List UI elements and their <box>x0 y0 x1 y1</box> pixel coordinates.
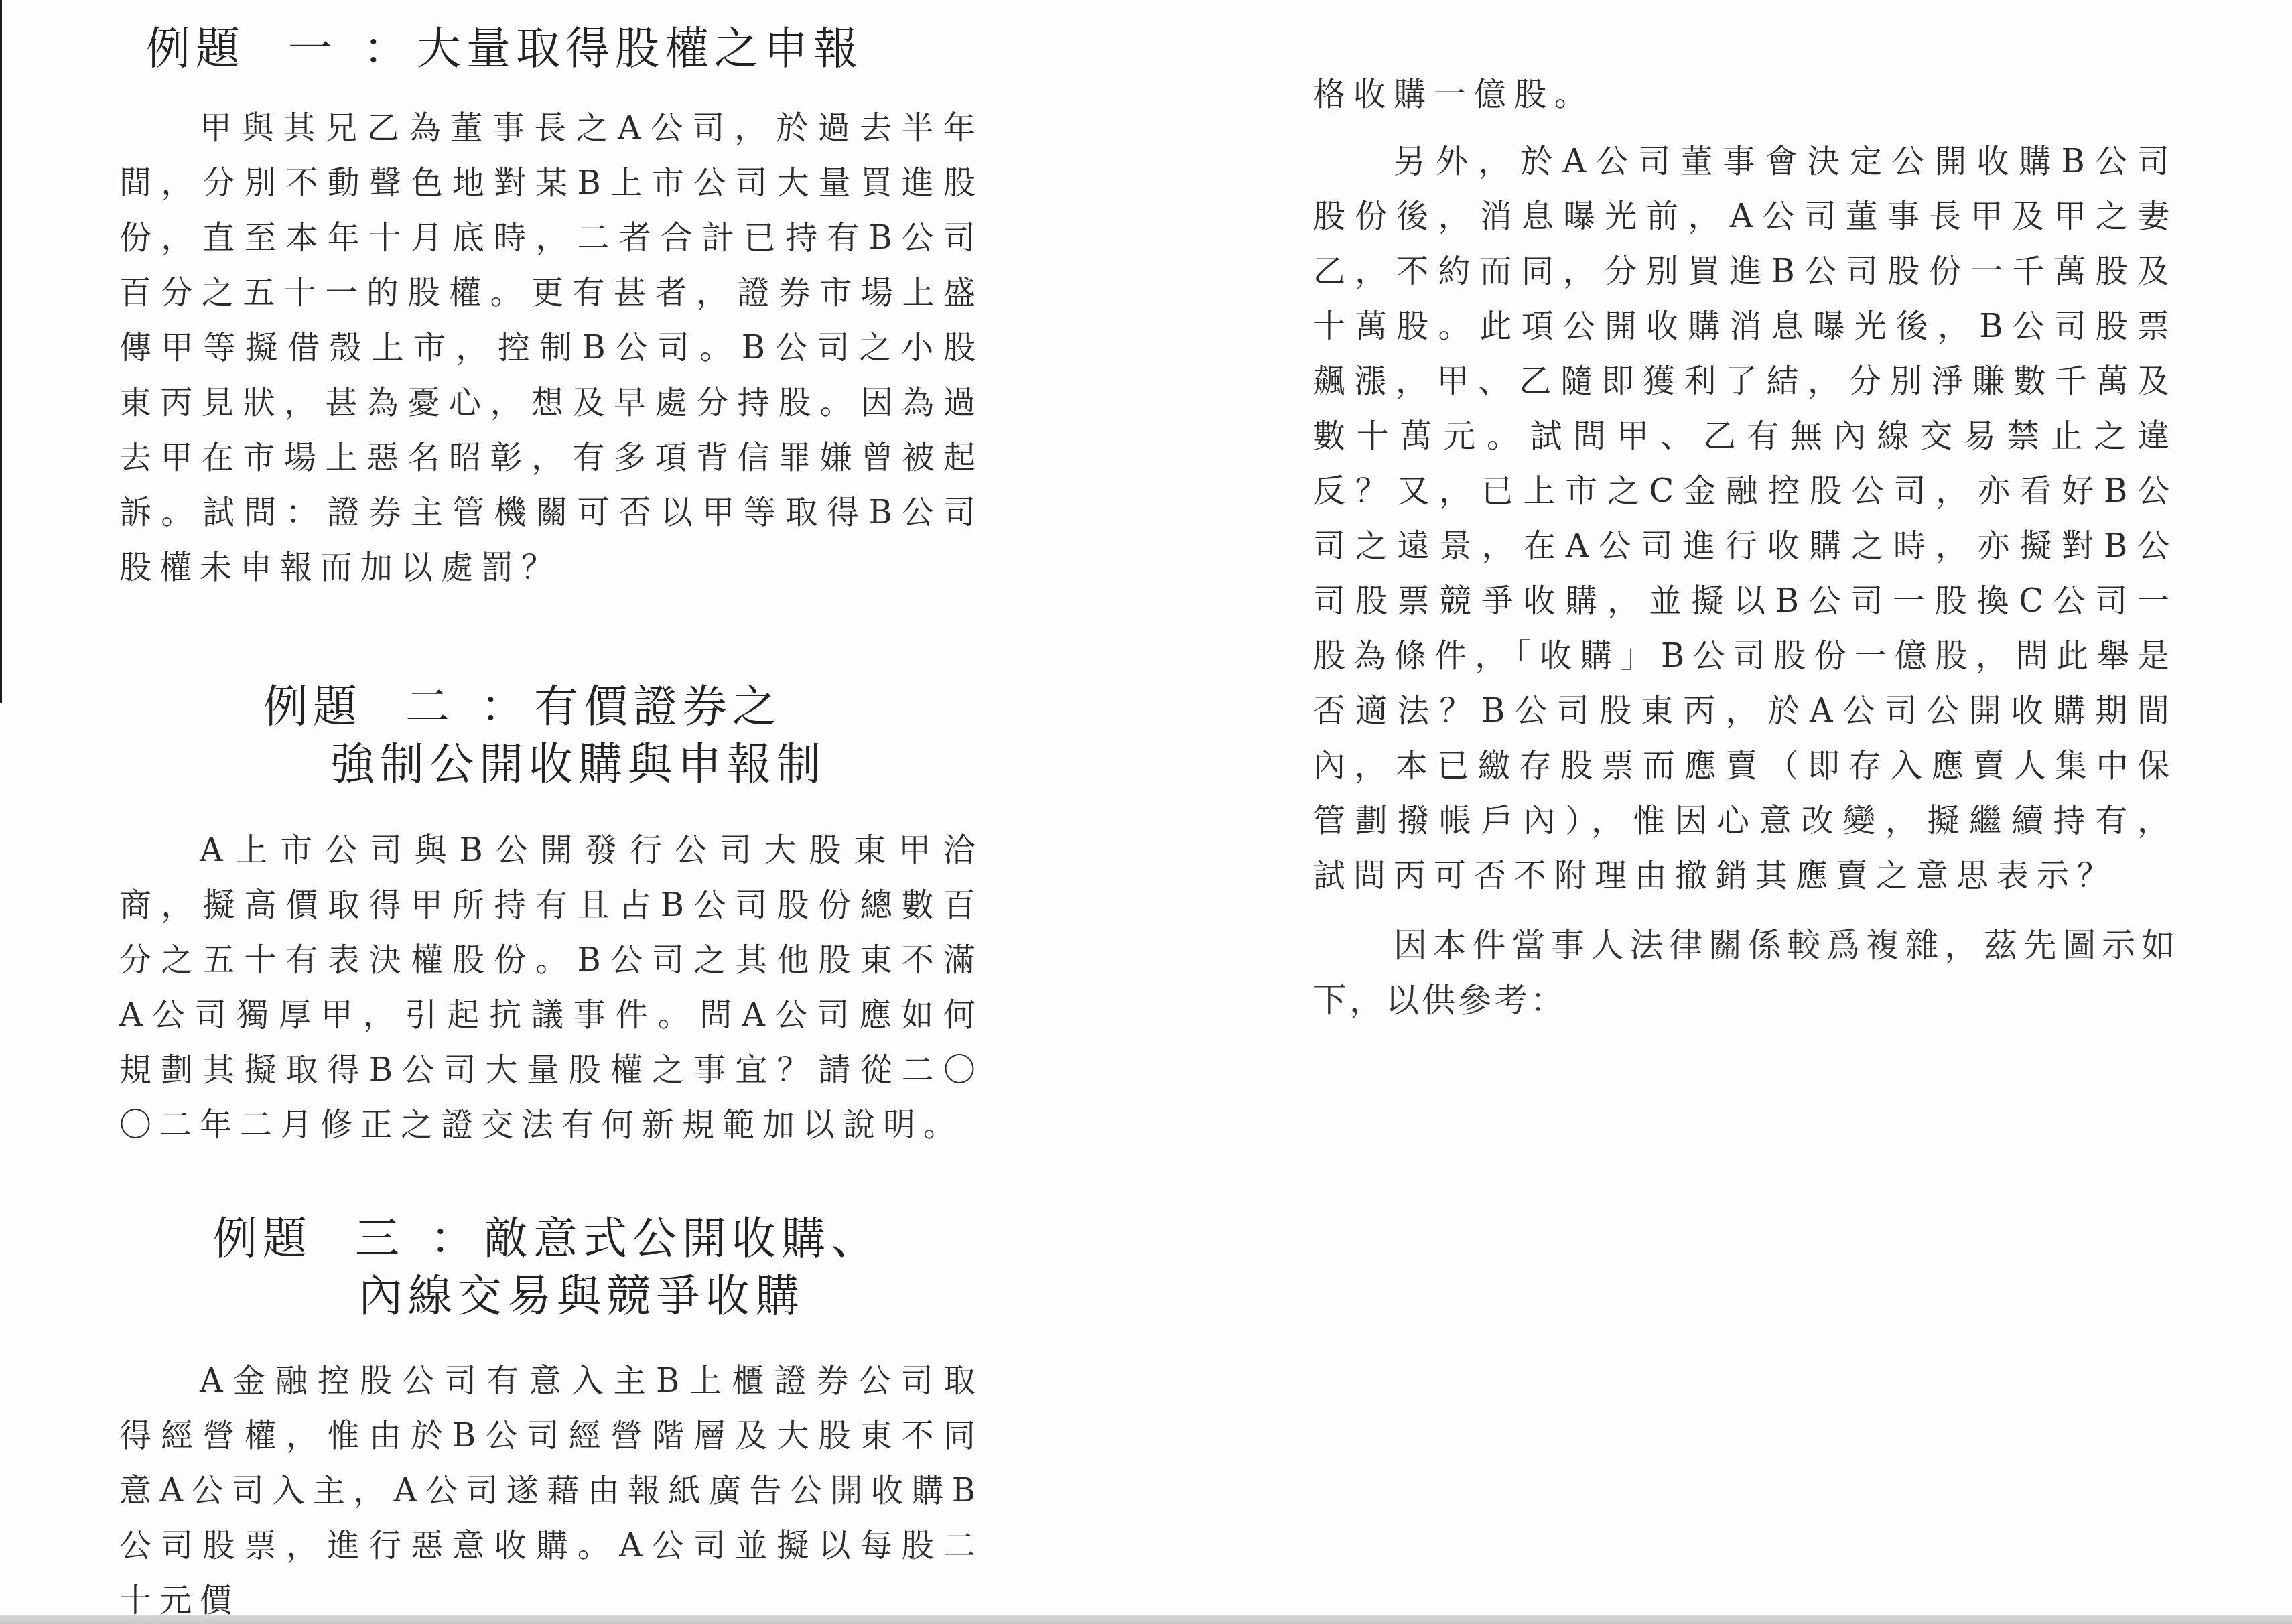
example-2-heading: 例題二：有價證券之 強制公開收購與申報制 <box>263 678 933 793</box>
example-3-body: A金融控股公司有意入主B上櫃證券公司取得經營權，惟由於B公司經營階層及大股東不同… <box>119 1353 984 1624</box>
example-label: 例題 <box>263 678 362 736</box>
example-number: 一 <box>288 20 338 78</box>
heading-colon: ： <box>430 1210 480 1268</box>
scan-edge-artifact <box>0 0 2 703</box>
example-1-heading: 例題一：大量取得股權之申報 <box>146 20 863 78</box>
example-title-line2: 內線交易與競爭收購 <box>146 1268 1017 1325</box>
example-number: 三 <box>355 1210 405 1268</box>
example-2-body: A上市公司與B公開發行公司大股東甲洽商，擬高價取得甲所持有且占B公司股份總數百分… <box>119 823 984 1152</box>
example-title-line2: 強制公開收購與申報制 <box>223 736 933 793</box>
heading-colon: ： <box>480 678 530 736</box>
example-3-continuation: 格收購一億股。 <box>1313 67 1595 122</box>
example-3-heading: 例題三：敵意式公開收購、 內線交易與競爭收購 <box>213 1210 1017 1325</box>
example-title-line1: 有價證券之 <box>534 681 782 732</box>
heading-colon: ： <box>363 20 413 78</box>
example-label: 例題 <box>213 1210 312 1268</box>
diagram-intro-paragraph: 因本件當事人法律關係較爲複雜，茲先圖示如下，以供參考： <box>1313 918 2177 1028</box>
example-1-body: 甲與其兄乙為董事長之A公司，於過去半年間，分別不動聲色地對某B上市公司大量買進股… <box>119 100 984 595</box>
example-label: 例題 <box>146 20 245 78</box>
example-3-paragraph-2: 另外，於A公司董事會決定公開收購B公司股份後，消息曝光前，A公司董事長甲及甲之妻… <box>1313 134 2177 903</box>
example-number: 二 <box>405 678 455 736</box>
example-title: 大量取得股權之申報 <box>417 23 863 74</box>
example-title-line1: 敵意式公開收購、 <box>484 1213 880 1264</box>
